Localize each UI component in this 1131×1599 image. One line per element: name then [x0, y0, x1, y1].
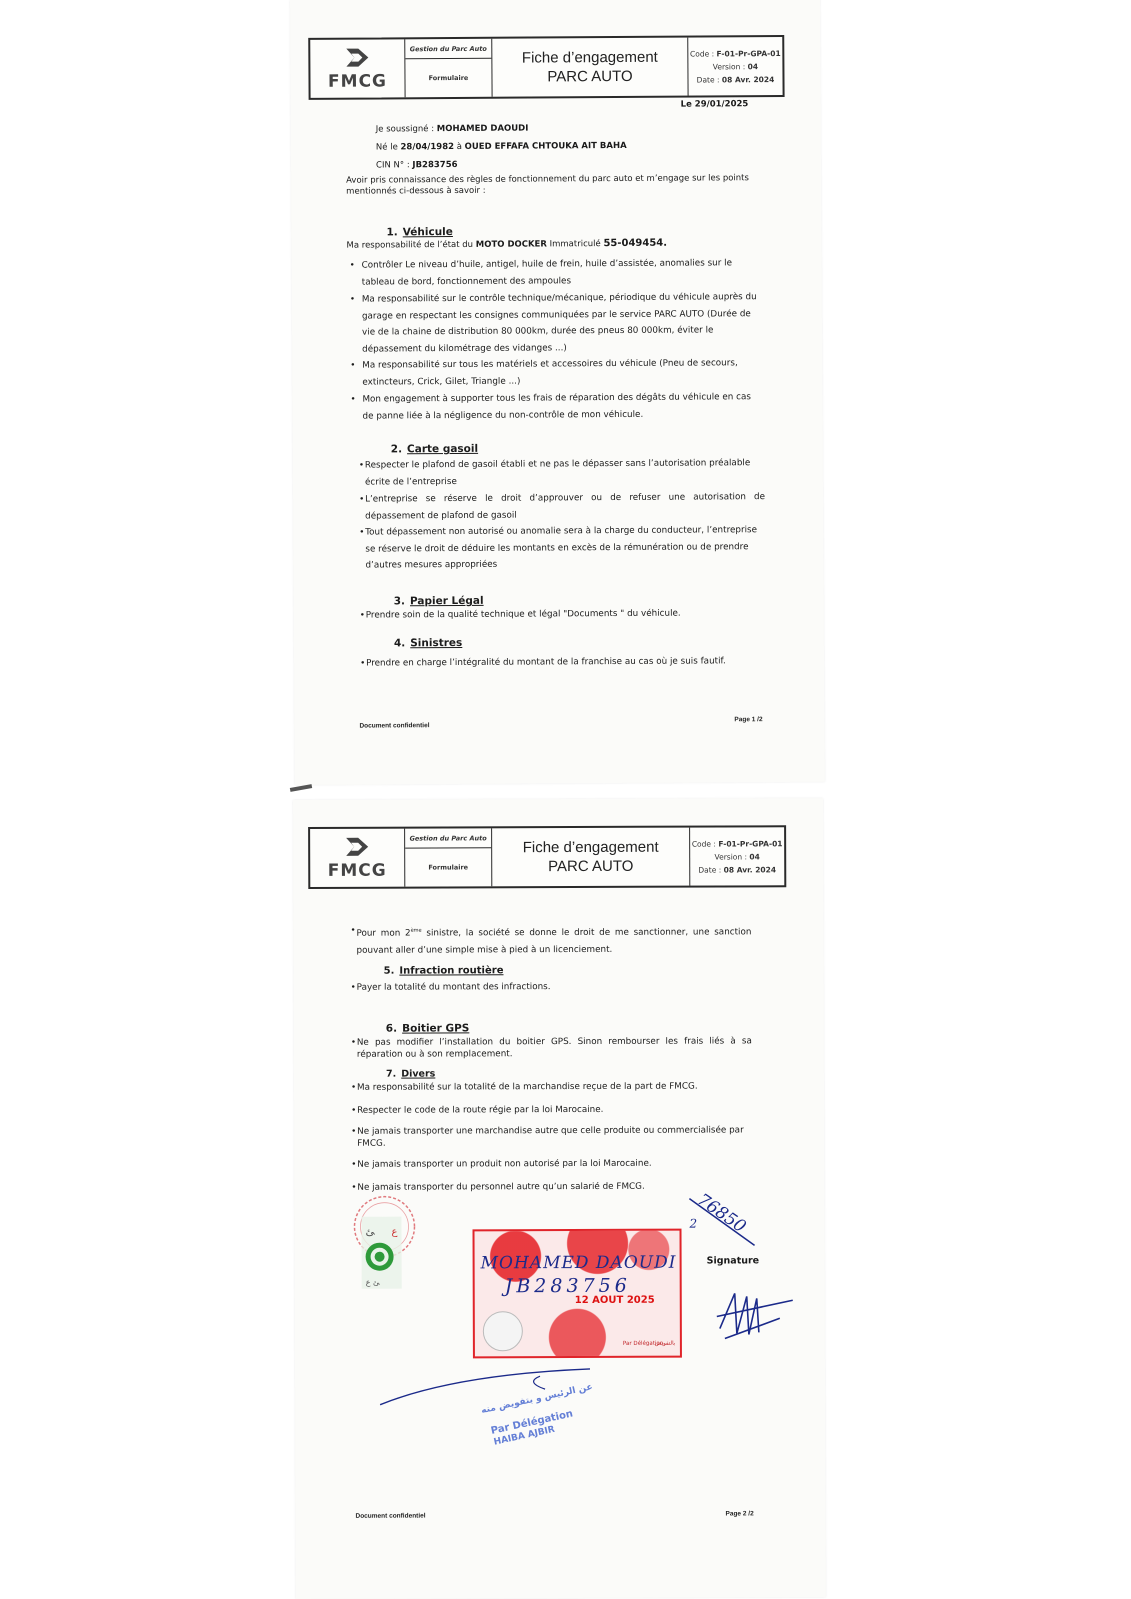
section-2-bullet: •L’entreprise se réserve le droit d’appr… — [365, 489, 765, 524]
header-title: Fiche d’engagement PARC AUTO — [492, 38, 688, 97]
section-7-title: 7.Divers — [386, 1069, 435, 1080]
document-header: FMCG Gestion du Parc Auto Formulaire Fic… — [308, 35, 784, 100]
svg-text:ﺊ: ﺊ — [365, 1225, 375, 1238]
header-category: Gestion du Parc Auto — [405, 828, 491, 848]
footer-page-number: Page 1 /2 — [734, 716, 762, 723]
section-2-bullet: •Tout dépassement non autorisé ou anomal… — [365, 522, 765, 574]
header-doc-type: Formulaire — [405, 848, 491, 886]
section-1-lead: Ma responsabilité de l’état du MOTO DOCK… — [346, 236, 667, 254]
signature-scribble — [715, 1288, 795, 1343]
sinistre-continued-bullet: •Pour mon 2ème sinistre, la société se d… — [356, 921, 751, 959]
fmcg-arrow-icon — [342, 45, 372, 69]
header-doc-type: Formulaire — [405, 59, 491, 98]
identity-name-line: Je soussigné : MOHAMED DAOUDI — [376, 121, 529, 138]
company-logo: FMCG — [310, 829, 405, 887]
section-6-title: 6.Boitier GPS — [386, 1022, 470, 1034]
company-logo: FMCG — [310, 39, 405, 98]
section-1-bullet: •Mon engagement à supporter tous les fra… — [362, 389, 762, 424]
seal-icon: ﺊ ع ﺊ ﻉ — [349, 1195, 419, 1295]
stamp-delegation-ar: بالتفويض — [655, 1341, 675, 1347]
section-1-bullet: •Contrôler Le niveau d’huile, antigel, h… — [362, 255, 762, 290]
identity-birth-line: Né le 28/04/1982 à OUED EFFAFA CHTOUKA A… — [376, 138, 627, 156]
stamp-date: 12 AOUT 2025 — [575, 1295, 655, 1306]
handwritten-name: MOHAMED DAOUDI — [481, 1253, 677, 1274]
fiscal-stamp: ﺊ ع ﺊ ﻉ — [349, 1195, 419, 1295]
section-6-bullet: •Ne pas modifier l’installation du boiti… — [357, 1035, 752, 1060]
section-4-bullet: •Prendre en charge l’intégralité du mont… — [366, 653, 786, 672]
fmcg-arrow-icon — [342, 835, 372, 859]
legalization-stamp: MOHAMED DAOUDI JB283756 12 AOUT 2025 Par… — [472, 1229, 681, 1359]
document-page-2: FMCG Gestion du Parc Auto Formulaire Fic… — [293, 798, 826, 1599]
svg-text:ع: ع — [391, 1227, 397, 1238]
identity-cin-line: CIN N° : JB283756 — [376, 157, 458, 173]
section-4-title: 4.Sinistres — [394, 637, 462, 649]
document-header: FMCG Gestion du Parc Auto Formulaire Fic… — [308, 825, 786, 889]
section-2-title: 2.Carte gasoil — [391, 443, 478, 456]
section-5-title: 5.Infraction routière — [384, 965, 504, 976]
footer-confidential: Document confidentiel — [359, 722, 429, 729]
section-7-bullet: •Respecter le code de la route régie par… — [357, 1101, 777, 1119]
footer-confidential: Document confidentiel — [355, 1513, 425, 1520]
page-fold-shadow — [290, 784, 312, 792]
section-5-bullet: •Payer la totalité du montant des infrac… — [357, 978, 757, 996]
header-meta: Code : F-01-Pr-GPA-01 Version : 04 Date … — [690, 827, 784, 885]
section-7-bullet: •Ne jamais transporter une marchandise a… — [357, 1124, 757, 1149]
header-meta: Code : F-01-Pr-GPA-01 Version : 04 Date … — [688, 37, 782, 96]
header-title: Fiche d’engagement PARC AUTO — [492, 828, 690, 887]
section-1-bullet: •Ma responsabilité sur tous les matériel… — [362, 355, 762, 390]
background — [0, 0, 293, 1599]
intro-paragraph: Avoir pris connaissance des règles de fo… — [346, 173, 756, 198]
section-7-bullet: •Ne jamais transporter un produit non au… — [357, 1155, 777, 1173]
strike-line — [684, 1193, 764, 1253]
section-3-title: 3.Papier Légal — [394, 595, 484, 608]
section-7-bullet: •Ma responsabilité sur la totalité de la… — [357, 1078, 777, 1096]
header-category: Gestion du Parc Auto — [405, 39, 491, 60]
section-2-bullet: •Respecter le plafond de gasoil établi e… — [365, 455, 765, 490]
document-page-1: FMCG Gestion du Parc Auto Formulaire Fic… — [290, 0, 825, 785]
signature-label: Signature — [707, 1253, 760, 1269]
document-date: Le 29/01/2025 — [681, 96, 749, 112]
stamp-seal-circle — [483, 1311, 523, 1351]
section-3-bullet: •Prendre soin de la qualité technique et… — [366, 605, 786, 624]
svg-text:ﺊ ﻉ: ﺊ ﻉ — [366, 1278, 380, 1287]
section-1-bullet: •Ma responsabilité sur le contrôle techn… — [362, 289, 762, 357]
footer-page-number: Page 2 /2 — [725, 1510, 753, 1517]
